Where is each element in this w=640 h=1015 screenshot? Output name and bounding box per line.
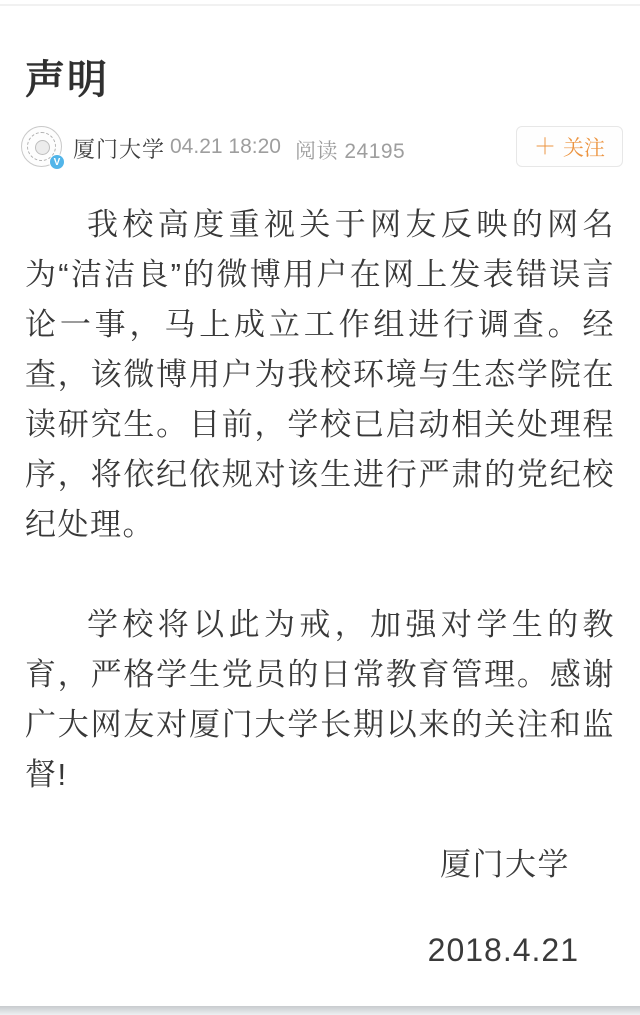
author-avatar[interactable]: V (21, 126, 62, 167)
top-divider (0, 4, 640, 6)
follow-button[interactable]: ＋ 关注 (516, 126, 623, 167)
bottom-divider (0, 1006, 640, 1015)
article-paragraph: 我校高度重视关于网友反映的网名为“洁洁良”的微博用户在网上发表错误言论一事，马上… (25, 200, 615, 550)
follow-button-label: 关注 (563, 132, 605, 162)
article-date: 2018.4.21 (25, 925, 615, 975)
plus-icon: ＋ (534, 136, 556, 158)
post-timestamp: 04.21 18:20 (170, 135, 281, 159)
article-paragraph: 学校将以此为戒，加强对学生的教育，严格学生党员的日常教育管理。感谢广大网友对厦门… (25, 600, 615, 800)
author-name[interactable]: 厦门大学 (73, 133, 165, 164)
read-count: 阅读 24195 (295, 135, 405, 165)
verified-badge-icon: V (49, 154, 65, 170)
author-meta-row: V 厦门大学 04.21 18:20 阅读 24195 ＋ 关注 (0, 126, 640, 168)
article-body: 我校高度重视关于网友反映的网名为“洁洁良”的微博用户在网上发表错误言论一事，马上… (25, 200, 615, 975)
article-signature: 厦门大学 (25, 840, 615, 890)
page-title: 声明 (25, 48, 109, 105)
